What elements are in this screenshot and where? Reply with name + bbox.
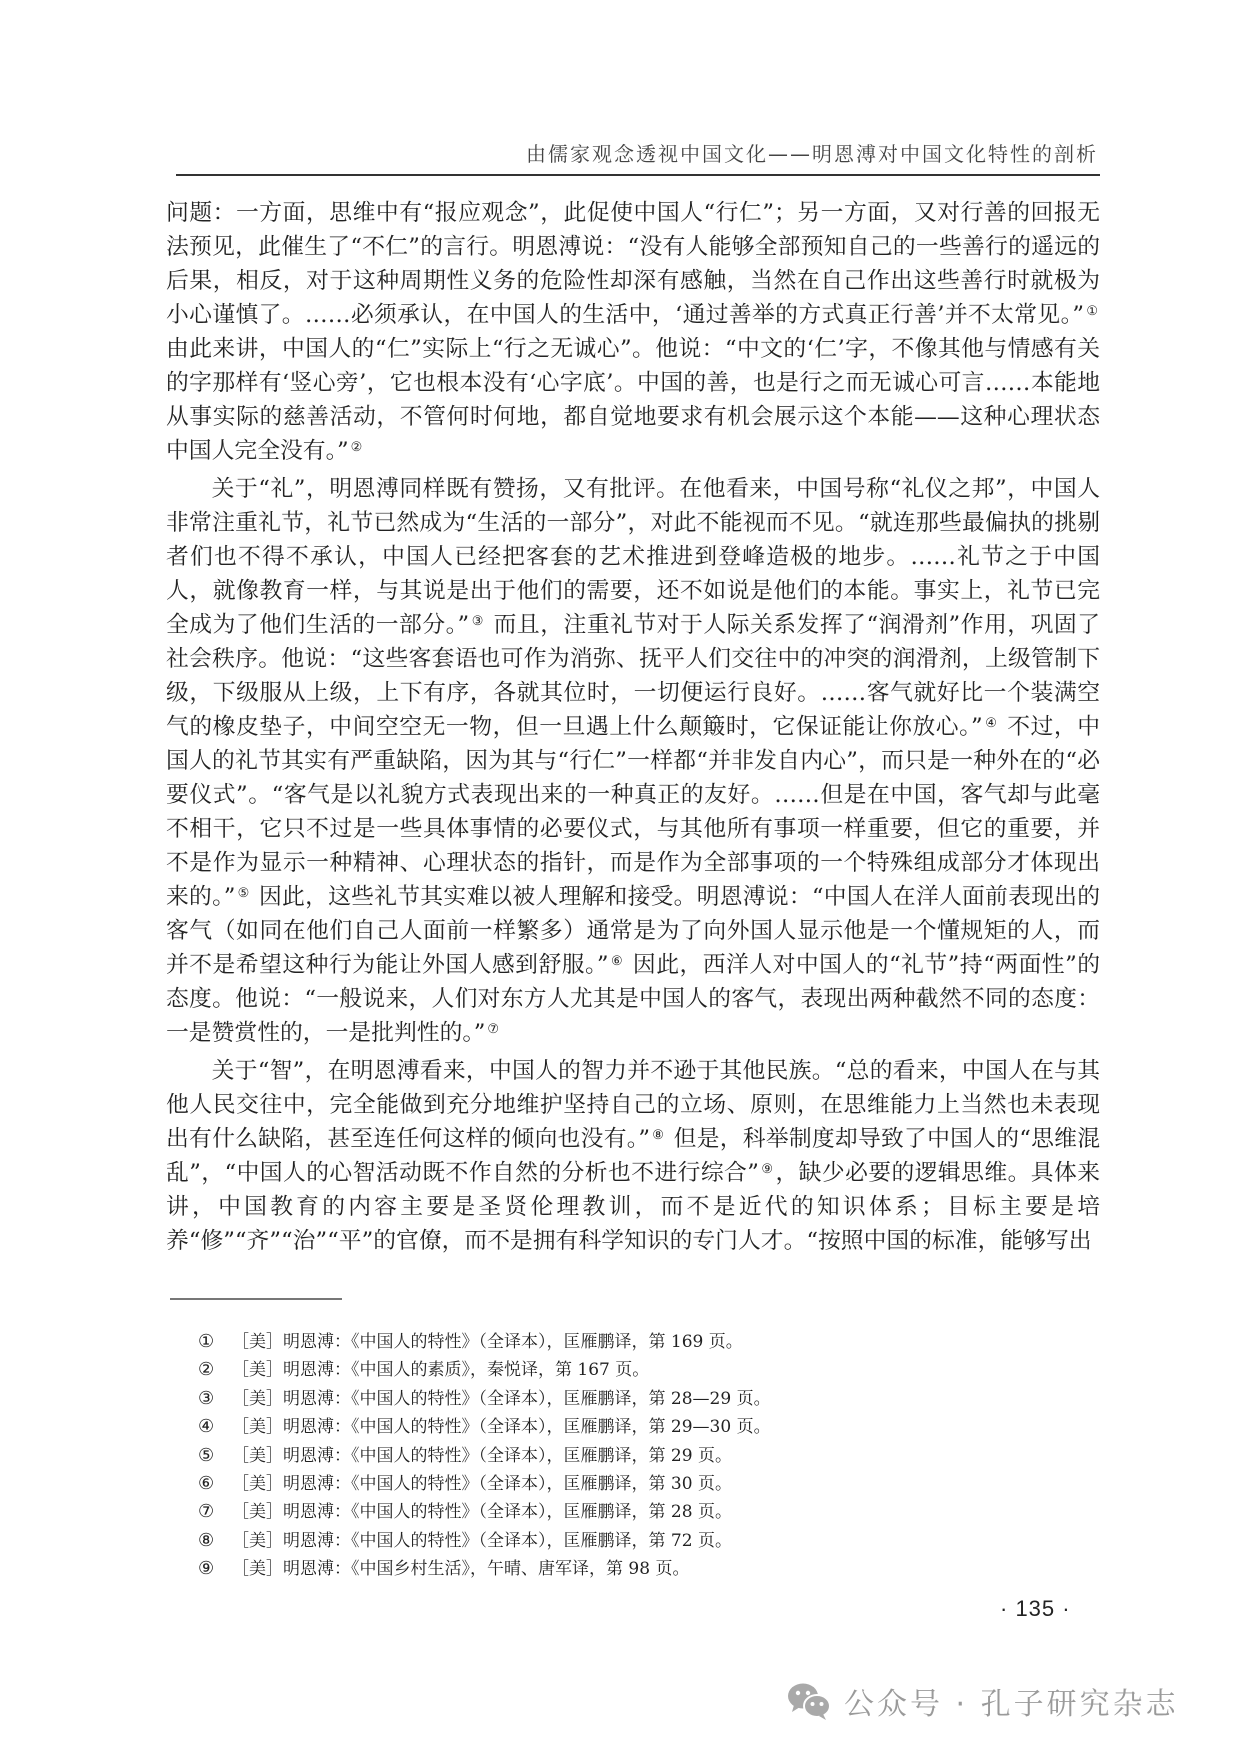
paragraph-2: 关于“礼”，明恩溥同样既有赞扬，又有批评。在他看来，中国号称“礼仪之邦”，中国人… xyxy=(166,472,1100,1050)
footnote-ref-5[interactable]: ⑤ xyxy=(237,886,249,901)
wechat-icon xyxy=(786,1681,832,1721)
footnote-ref-6[interactable]: ⑥ xyxy=(611,954,624,969)
text-segment: 由此来讲，中国人的“仁”实际上“行之无诚心”。他说：“中文的‘仁’字，不像其他与… xyxy=(166,336,1100,464)
footnote-text: ［美］明恩溥：《中国人的特性》（全译本），匡雁鹏译，第 29—30 页。 xyxy=(232,1413,771,1441)
running-header: 由儒家观念透视中国文化——明恩溥对中国文化特性的剖析 xyxy=(176,140,1100,176)
footnote-text: ［美］明恩溥：《中国人的特性》（全译本），匡雁鹏译，第 28 页。 xyxy=(232,1498,732,1526)
footnote-text: ［美］明恩溥：《中国人的特性》（全译本），匡雁鹏译，第 30 页。 xyxy=(232,1470,732,1498)
footnote-item-7: ⑦ ［美］明恩溥：《中国人的特性》（全译本），匡雁鹏译，第 28 页。 xyxy=(198,1498,1078,1526)
footnote-number: ② xyxy=(198,1356,232,1384)
paragraph-1: 问题：一方面，思维中有“报应观念”，此促使中国人“行仁”；另一方面，又对行善的回… xyxy=(166,196,1100,468)
footnote-item-9: ⑨ ［美］明恩溥：《中国乡村生活》，午晴、唐军译，第 98 页。 xyxy=(198,1555,1078,1583)
footnote-text: ［美］明恩溥：《中国人的特性》（全译本），匡雁鹏译，第 72 页。 xyxy=(232,1527,732,1555)
footnote-item-2: ② ［美］明恩溥：《中国人的素质》，秦悦译，第 167 页。 xyxy=(198,1356,1078,1384)
footnote-number: ⑥ xyxy=(198,1470,232,1498)
footnote-number: ① xyxy=(198,1328,232,1356)
footnote-ref-9[interactable]: ⑨ xyxy=(761,1162,774,1177)
footnote-text: ［美］明恩溥：《中国人的素质》，秦悦译，第 167 页。 xyxy=(232,1356,649,1384)
footnote-ref-4[interactable]: ④ xyxy=(985,716,998,731)
text-segment: 问题：一方面，思维中有“报应观念”，此促使中国人“行仁”；另一方面，又对行善的回… xyxy=(166,200,1100,328)
footnote-item-6: ⑥ ［美］明恩溥：《中国人的特性》（全译本），匡雁鹏译，第 30 页。 xyxy=(198,1470,1078,1498)
paragraph-3: 关于“智”，在明恩溥看来，中国人的智力并不逊于其他民族。“总的看来，中国人在与其… xyxy=(166,1054,1100,1258)
footnote-item-1: ① ［美］明恩溥：《中国人的特性》（全译本），匡雁鹏译，第 169 页。 xyxy=(198,1328,1078,1356)
footnote-number: ⑦ xyxy=(198,1498,232,1526)
footnote-item-4: ④ ［美］明恩溥：《中国人的特性》（全译本），匡雁鹏译，第 29—30 页。 xyxy=(198,1413,1078,1441)
footnote-item-8: ⑧ ［美］明恩溥：《中国人的特性》（全译本），匡雁鹏译，第 72 页。 xyxy=(198,1527,1078,1555)
footnote-ref-3[interactable]: ③ xyxy=(471,614,484,629)
running-title: 由儒家观念透视中国文化——明恩溥对中国文化特性的剖析 xyxy=(526,140,1100,168)
text-segment: 不过，中国人的礼节其实有严重缺陷，因为其与“行仁”一样都“并非发自内心”，而只是… xyxy=(166,714,1100,910)
footnote-ref-2[interactable]: ② xyxy=(351,440,363,455)
page-number: · 135 · xyxy=(1000,1596,1071,1622)
footnote-ref-7[interactable]: ⑦ xyxy=(487,1022,499,1037)
footnote-text: ［美］明恩溥：《中国乡村生活》，午晴、唐军译，第 98 页。 xyxy=(232,1555,689,1583)
footnotes-list: ① ［美］明恩溥：《中国人的特性》（全译本），匡雁鹏译，第 169 页。 ② ［… xyxy=(198,1328,1078,1584)
footnote-ref-1[interactable]: ① xyxy=(1086,304,1098,319)
footnote-text: ［美］明恩溥：《中国人的特性》（全译本），匡雁鹏译，第 28—29 页。 xyxy=(232,1385,771,1413)
body-text: 问题：一方面，思维中有“报应观念”，此促使中国人“行仁”；另一方面，又对行善的回… xyxy=(166,196,1100,1262)
footnote-item-5: ⑤ ［美］明恩溥：《中国人的特性》（全译本），匡雁鹏译，第 29 页。 xyxy=(198,1442,1078,1470)
footnote-text: ［美］明恩溥：《中国人的特性》（全译本），匡雁鹏译，第 29 页。 xyxy=(232,1442,732,1470)
watermark: 公众号 · 孔子研究杂志 xyxy=(786,1678,1179,1724)
footnote-number: ⑤ xyxy=(198,1442,232,1470)
footnote-number: ⑨ xyxy=(198,1555,232,1583)
watermark-text: 公众号 · 孔子研究杂志 xyxy=(844,1679,1179,1723)
footnote-item-3: ③ ［美］明恩溥：《中国人的特性》（全译本），匡雁鹏译，第 28—29 页。 xyxy=(198,1385,1078,1413)
footnote-ref-8[interactable]: ⑧ xyxy=(652,1128,664,1143)
footnote-number: ③ xyxy=(198,1385,232,1413)
footnote-divider xyxy=(170,1298,342,1300)
footnote-number: ④ xyxy=(198,1413,232,1441)
footnote-number: ⑧ xyxy=(198,1527,232,1555)
footnote-text: ［美］明恩溥：《中国人的特性》（全译本），匡雁鹏译，第 169 页。 xyxy=(232,1328,743,1356)
